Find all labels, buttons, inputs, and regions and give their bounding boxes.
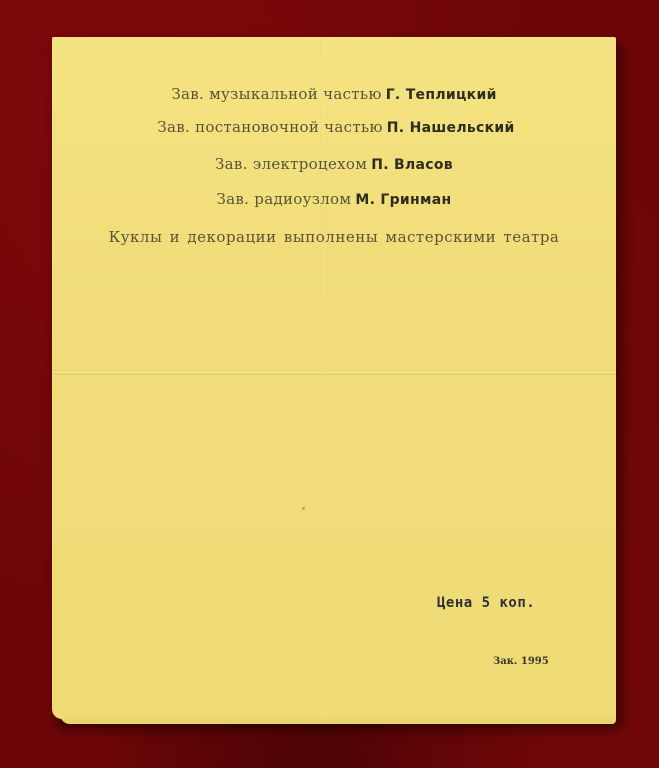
price-label: Цена 5 коп. xyxy=(437,595,535,611)
credit-name: Г. Теплицкий xyxy=(386,87,497,103)
credit-production-head: Зав. постановочной частьюП. Нашельский xyxy=(52,119,616,136)
credit-role: Зав. электроцехом xyxy=(215,155,367,173)
program-sheet: Зав. музыкальной частьюГ. Теплицкий Зав.… xyxy=(52,37,616,719)
credit-role: Зав. постановочной частью xyxy=(157,118,382,136)
credit-name: П. Власов xyxy=(371,157,453,173)
workshop-note: Куклы и декорации выполнены мастерскими … xyxy=(52,229,616,246)
credit-role: Зав. радиоузлом xyxy=(217,190,352,208)
horizontal-fold-line xyxy=(52,372,616,375)
credit-radio-head: Зав. радиоузломМ. Гринман xyxy=(52,191,616,208)
order-number: Зак. 1995 xyxy=(493,656,549,667)
credit-electric-head: Зав. электроцехомП. Власов xyxy=(52,156,616,173)
vertical-fold-line xyxy=(320,37,322,719)
credit-name: М. Гринман xyxy=(355,192,451,208)
credit-name: П. Нашельский xyxy=(387,120,515,136)
credit-role: Зав. музыкальной частью xyxy=(171,85,381,103)
credit-music-head: Зав. музыкальной частьюГ. Теплицкий xyxy=(52,86,616,103)
paper-speck xyxy=(302,507,305,510)
